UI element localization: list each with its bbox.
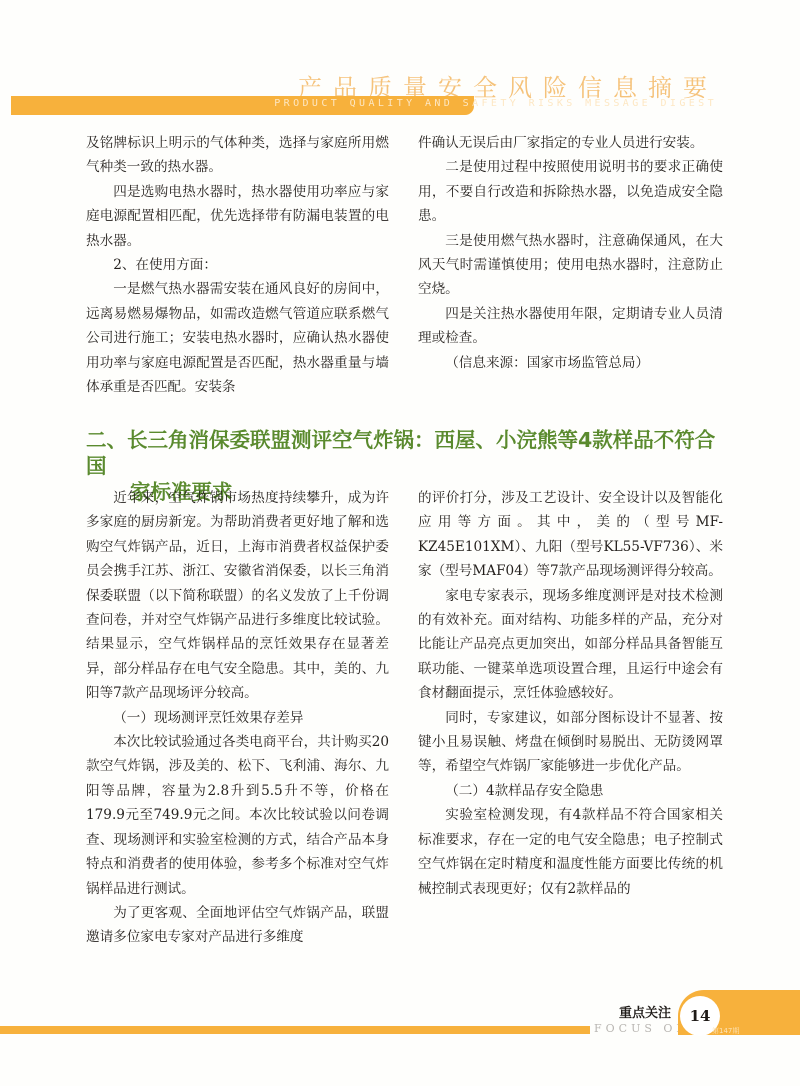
- footer-section-label-en: FOCUS ON: [594, 1022, 690, 1035]
- paragraph: 2、在使用方面：: [86, 253, 389, 277]
- paragraph: 为了更客观、全面地评估空气炸锅产品，联盟邀请多位家电专家对产品进行多维度: [86, 901, 389, 950]
- paragraph: 四是选购电热水器时，热水器使用功率应与家庭电源配置相匹配，优先选择带有防漏电装置…: [86, 180, 389, 253]
- paragraph: 家电专家表示，现场多维度测评是对技术检测的有效补充。面对结构、功能多样的产品，充…: [418, 584, 723, 706]
- source-note: （信息来源：国家市场监管总局）: [418, 351, 723, 375]
- paragraph: 实验室检测发现，有4款样品不符合国家相关标准要求，存在一定的电气安全隐患；电子控…: [418, 803, 723, 901]
- page-number-text: 14: [690, 1007, 711, 1025]
- paragraph: 四是关注热水器使用年限，定期请专业人员清理或检查。: [418, 302, 723, 351]
- paragraph: 本次比较试验通过各类电商平台，共计购买20款空气炸锅，涉及美的、松下、飞利浦、海…: [86, 730, 389, 901]
- paragraph: 一是燃气热水器需安装在通风良好的房间中，远离易燃易爆物品，如需改造燃气管道应联系…: [86, 277, 389, 399]
- paragraph: 二是使用过程中按照使用说明书的要求正确使用，不要自行改造和拆除热水器，以免造成安…: [418, 155, 723, 228]
- top-left-column: 及铭牌标识上明示的气体种类，选择与家庭所用燃气种类一致的热水器。 四是选购电热水…: [86, 131, 389, 399]
- footer-accent-line: [0, 1026, 590, 1034]
- section-heading-line1: 二、长三角消保委联盟测评空气炸锅：西屋、小浣熊等4款样品不符合国: [86, 428, 715, 478]
- paragraph: 近年来，空气炸锅市场热度持续攀升，成为许多家庭的厨房新宠。为帮助消费者更好地了解…: [86, 486, 389, 706]
- subheading: （一）现场测评烹饪效果存差异: [86, 706, 389, 730]
- paragraph: 及铭牌标识上明示的气体种类，选择与家庭所用燃气种类一致的热水器。: [86, 131, 389, 180]
- paragraph: 同时，专家建议，如部分图标设计不显著、按键小且易误触、烤盘在倾倒时易脱出、无防烫…: [418, 706, 723, 779]
- paragraph: 的评价打分，涉及工艺设计、安全设计以及智能化应用等方面。其中，美的（型号MF-K…: [418, 486, 723, 584]
- paragraph: 件确认无误后由厂家指定的专业人员进行安装。: [418, 131, 723, 155]
- header-subtitle: PRODUCT QUALITY AND SAFETY RISKS MESSAGE…: [274, 98, 717, 109]
- paragraph: 三是使用燃气热水器时，注意确保通风，在大风天气时需谨慎使用；使用电热水器时，注意…: [418, 229, 723, 302]
- footer-section-label: 重点关注: [619, 1002, 671, 1021]
- top-right-column: 件确认无误后由厂家指定的专业人员进行安装。 二是使用过程中按照使用说明书的要求正…: [418, 131, 723, 375]
- issue-number: 第147期: [712, 1026, 739, 1036]
- bottom-left-column: 近年来，空气炸锅市场热度持续攀升，成为许多家庭的厨房新宠。为帮助消费者更好地了解…: [86, 486, 389, 950]
- bottom-right-column: 的评价打分，涉及工艺设计、安全设计以及智能化应用等方面。其中，美的（型号MF-K…: [418, 486, 723, 901]
- subheading: （二）4款样品存安全隐患: [418, 779, 723, 803]
